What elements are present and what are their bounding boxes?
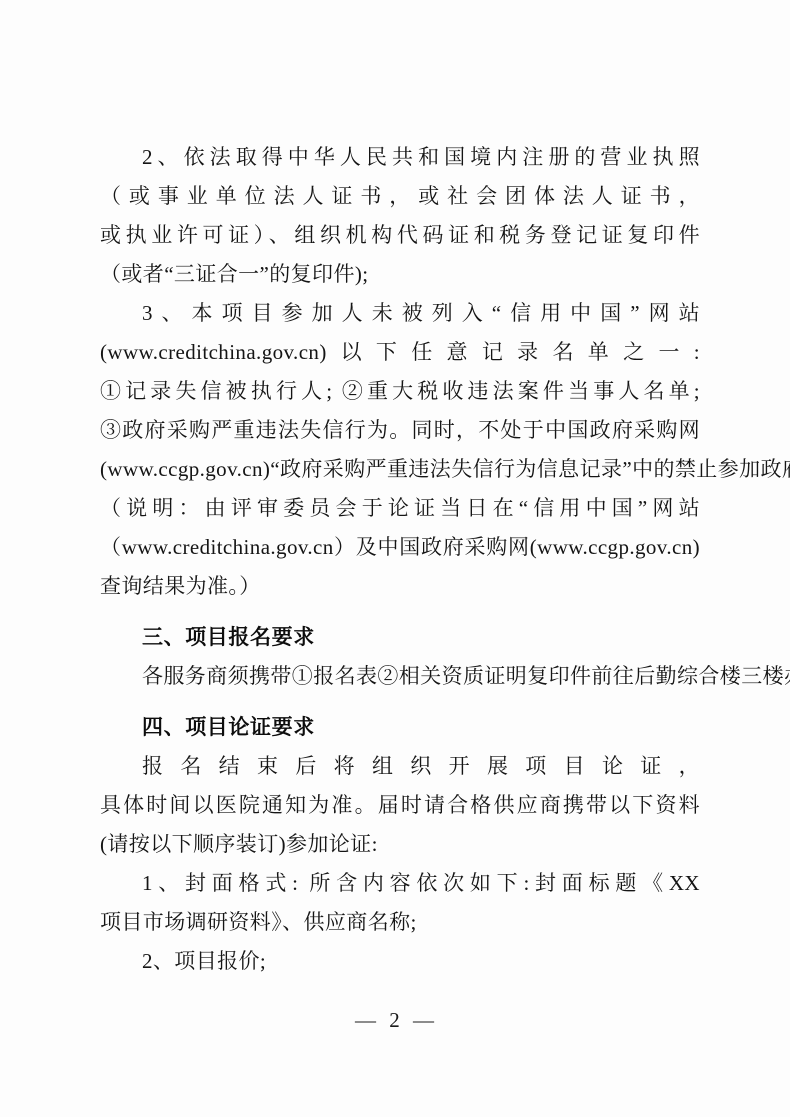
paragraph-demonstration-instructions: 报名结束后将组织开展项目论证，具体时间以医院通知为准。届时请合格供应商携带以下资… xyxy=(100,747,700,864)
paragraph-item-2-project-quotation: 2、项目报价; xyxy=(100,942,700,981)
document-page: 2、依法取得中华人民共和国境内注册的营业执照（或事业单位法人证书，或社会团体法人… xyxy=(0,0,790,1117)
page-number: — 2 — xyxy=(0,1008,790,1033)
heading-section-4-demonstration-requirements: 四、项目论证要求 xyxy=(100,708,700,747)
heading-section-3-registration-requirements: 三、项目报名要求 xyxy=(100,618,700,657)
paragraph-credit-china-requirement: 3、本项目参加人未被列入“信用中国”网站(www.creditchina.gov… xyxy=(100,294,700,606)
paragraph-business-license-requirement: 2、依法取得中华人民共和国境内注册的营业执照（或事业单位法人证书，或社会团体法人… xyxy=(100,138,700,294)
paragraph-registration-instructions: 各服务商须携带①报名表②相关资质证明复印件前往后勤综合楼三楼办公室进行报名。 xyxy=(100,657,700,696)
document-text-block: 2、依法取得中华人民共和国境内注册的营业执照（或事业单位法人证书，或社会团体法人… xyxy=(100,138,700,981)
paragraph-item-1-cover-format: 1、封面格式: 所含内容依次如下:封面标题《XX 项目市场调研资料》、供应商名称… xyxy=(100,864,700,942)
